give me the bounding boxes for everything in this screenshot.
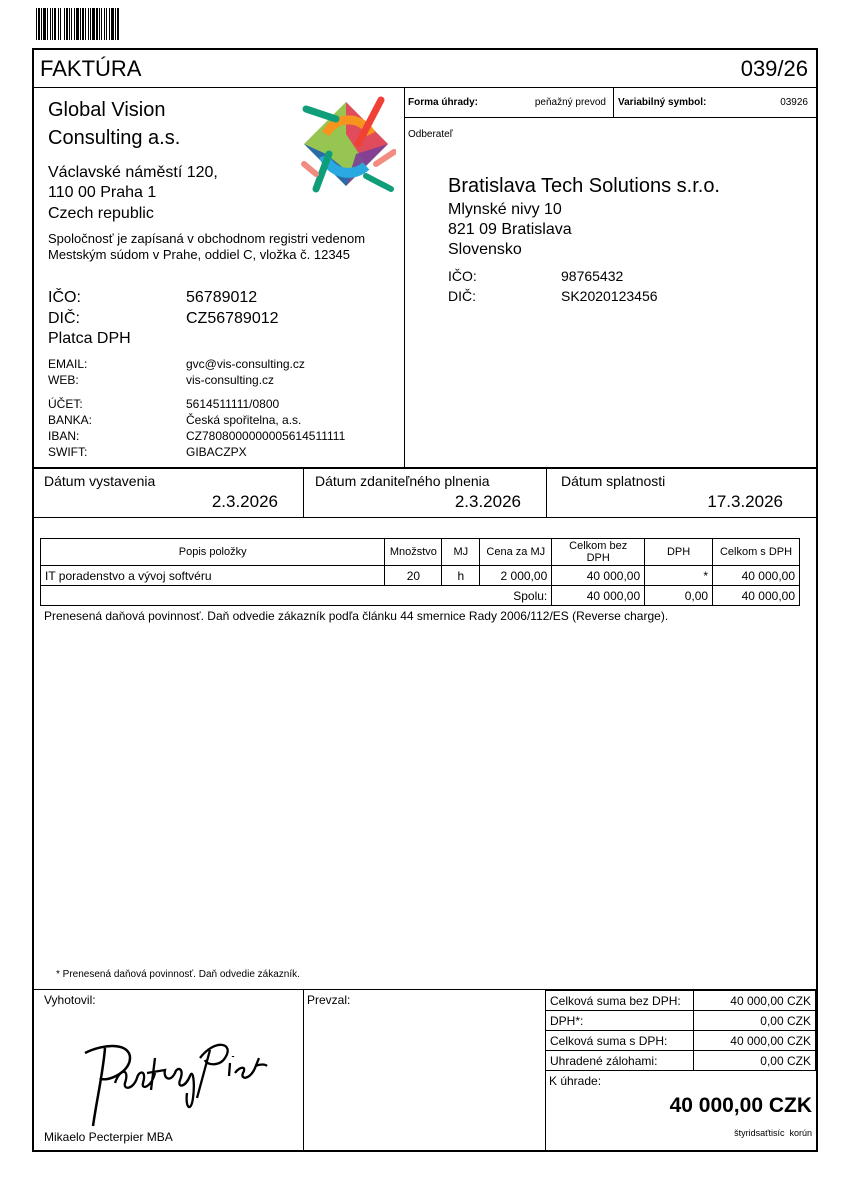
to-pay-words: štyridsaťtisíc korún [550,1128,812,1138]
customer-section-label: Odberateľ [408,129,453,140]
totals-row: Uhradené zálohami: 0,00 CZK [546,1051,816,1071]
item-vat: * [645,566,713,586]
invoice-number: 039/26 [741,56,808,82]
total-vat-label: DPH*: [546,1011,694,1031]
divider [404,87,405,467]
divider [303,467,304,517]
supplier-ico-label: IČO: [48,289,81,307]
to-pay-label: K úhrade: [549,1074,601,1088]
sum-vat: 0,00 [645,586,713,606]
customer-dic-label: DIČ: [448,288,476,304]
bank-label: BANKA: [48,413,92,427]
issued-by-name: Mikaelo Pecterpier MBA [44,1130,173,1144]
signature-icon [75,1028,275,1128]
col-description: Popis položky [41,539,385,566]
col-unit: MJ [442,539,480,566]
col-total-gross: Celkom s DPH [713,539,800,566]
document-title: FAKTÚRA [40,56,141,82]
divider [33,467,817,469]
variable-symbol-label: Variabilný symbol: [618,97,706,108]
item-total-net: 40 000,00 [552,566,645,586]
customer-ico: 98765432 [561,268,623,284]
total-gross-value: 40 000,00 CZK [694,1031,816,1051]
supplier-dic-label: DIČ: [48,310,80,328]
item-description: IT poradenstvo a vývoj softvéru [41,566,385,586]
col-vat: DPH [645,539,713,566]
totals-row: Celková suma s DPH: 40 000,00 CZK [546,1031,816,1051]
item-quantity: 20 [385,566,442,586]
divider [613,87,614,117]
payment-method-label: Forma úhrady: [408,97,478,108]
supplier-name-line2: Consulting a.s. [48,127,180,150]
supplier-vat-status: Platca DPH [48,330,131,348]
col-quantity: Množstvo [385,539,442,566]
totals-table: Celková suma bez DPH: 40 000,00 CZK DPH*… [545,990,816,1071]
supplier-name-line1: Global Vision [48,99,165,122]
taxable-date: 2.3.2026 [400,492,521,512]
totals-row: Celková suma bez DPH: 40 000,00 CZK [546,991,816,1011]
iban-label: IBAN: [48,429,79,443]
customer-dic: SK2020123456 [561,288,658,304]
supplier-registry-note: Spoločnosť je zapísaná v obchodnom regis… [48,231,393,263]
totals-row: DPH*: 0,00 CZK [546,1011,816,1031]
item-total-gross: 40 000,00 [713,566,800,586]
received-label: Prevzal: [307,993,350,1007]
divider [546,467,547,517]
table-row: IT poradenstvo a vývoj softvéru 20 h 2 0… [41,566,800,586]
divider [33,517,817,518]
sum-row: Spolu: 40 000,00 0,00 40 000,00 [41,586,800,606]
customer-address-line1: Mlynské nivy 10 [448,201,562,219]
taxable-date-label: Dátum zdaniteľného plnenia [315,473,490,489]
item-unit: h [442,566,480,586]
email-value[interactable]: gvc@vis-consulting.cz [186,357,305,371]
total-net-value: 40 000,00 CZK [694,991,816,1011]
supplier-ico: 56789012 [186,289,257,307]
total-net-label: Celková suma bez DPH: [546,991,694,1011]
divider [404,117,817,118]
supplier-dic: CZ56789012 [186,310,279,328]
items-table: Popis položky Množstvo MJ Cena za MJ Cel… [40,538,800,606]
sum-gross: 40 000,00 [713,586,800,606]
swift-label: SWIFT: [48,445,87,459]
due-date-label: Dátum splatnosti [561,473,665,489]
divider [33,87,817,88]
reverse-charge-note: Prenesená daňová povinnosť. Daň odvedie … [44,609,668,623]
iban-value: CZ7808000000005614511111 [186,429,345,443]
supplier-address-line1: Václavské náměstí 120, [48,164,218,182]
col-total-net: Celkom bez DPH [552,539,645,566]
customer-country: Slovensko [448,241,522,259]
footnote: * Prenesená daňová povinnosť. Daň odvedi… [56,969,300,980]
advances-value: 0,00 CZK [694,1051,816,1071]
bank-value: Česká spořitelna, a.s. [186,413,301,427]
sum-label: Spolu: [41,586,552,606]
issue-date: 2.3.2026 [150,492,278,512]
barcode [36,8,175,40]
items-header-row: Popis položky Množstvo MJ Cena za MJ Cel… [41,539,800,566]
swift-value: GIBACZPX [186,445,247,459]
supplier-country: Czech republic [48,205,154,223]
email-label: EMAIL: [48,357,87,371]
web-label: WEB: [48,373,79,387]
divider [303,989,304,1151]
account-label: ÚČET: [48,397,83,411]
customer-ico-label: IČO: [448,268,477,284]
due-date: 17.3.2026 [650,492,783,512]
web-value[interactable]: vis-consulting.cz [186,373,274,387]
total-vat-value: 0,00 CZK [694,1011,816,1031]
issued-by-label: Vyhotovil: [44,993,96,1007]
variable-symbol-value: 03926 [740,97,808,108]
company-logo-icon [296,94,396,194]
to-pay-amount: 40 000,00 CZK [550,1094,812,1118]
customer-name: Bratislava Tech Solutions s.r.o. [448,175,720,198]
supplier-address-line2: 110 00 Praha 1 [48,184,156,202]
account-value: 5614511111/0800 [186,397,279,411]
total-gross-label: Celková suma s DPH: [546,1031,694,1051]
item-unit-price: 2 000,00 [480,566,552,586]
col-unit-price: Cena za MJ [480,539,552,566]
customer-address-line2: 821 09 Bratislava [448,221,572,239]
payment-method-value: peňažný prevod [500,97,606,108]
sum-net: 40 000,00 [552,586,645,606]
issue-date-label: Dátum vystavenia [44,473,155,489]
advances-label: Uhradené zálohami: [546,1051,694,1071]
